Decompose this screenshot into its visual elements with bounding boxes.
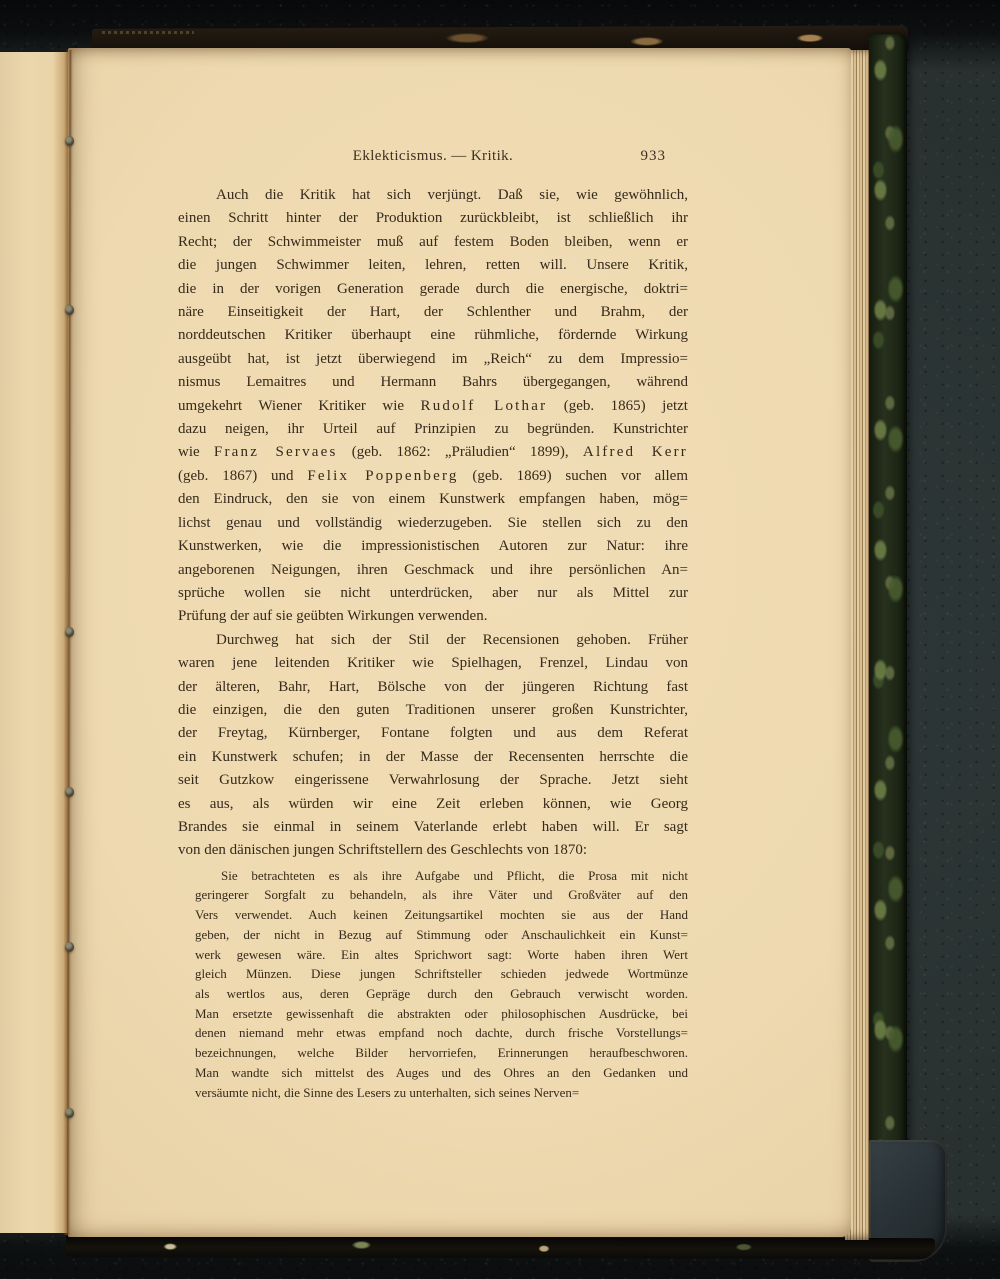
running-header: Eklekticismus. — Kritik. 933: [178, 148, 688, 170]
text-line: waren jene leitenden Kritiker wie Spielh…: [178, 652, 688, 675]
stitch-hole: [65, 942, 74, 952]
text-line: näre Einseitigkeit der Hart, der Schlent…: [178, 301, 688, 324]
text-line: Brandes sie einmal in seinem Vaterlande …: [178, 816, 688, 839]
text-line: einen Schritt hinter der Produktion zurü…: [178, 207, 688, 230]
text-line: von den dänischen jungen Schriftstellern…: [178, 839, 688, 862]
text-line: (geb. 1867) und Felix Poppenberg (geb. 1…: [178, 465, 688, 488]
header-title: Eklekticismus. — Kritik.: [178, 148, 688, 165]
text-line: den Eindruck, den sie von einem Kunstwer…: [178, 488, 688, 511]
text-line: angeborenen Neigungen, ihren Geschmack u…: [178, 559, 688, 582]
book-photo: Eklekticismus. — Kritik. 933 Auch die Kr…: [0, 0, 1000, 1279]
text-line: dazu neigen, ihr Urteil auf Prinzipien z…: [178, 418, 688, 441]
text-line: norddeutschen Kritiker überhaupt eine rü…: [178, 324, 688, 347]
text-line: Sie betrachteten es als ihre Aufgabe und…: [195, 866, 688, 886]
text-line: ausgeübt hat, ist jetzt überwiegend im „…: [178, 348, 688, 371]
paragraph: Durchweg hat sich der Stil der Recension…: [178, 629, 688, 863]
text-line: die einzigen, die den guten Traditionen …: [178, 699, 688, 722]
text-line: werk gewesen wäre. Ein altes Sprichwort …: [195, 945, 688, 965]
stitch-hole: [65, 136, 74, 146]
text-line: Recht; der Schwimmeister muß auf festem …: [178, 231, 688, 254]
text-line: bezeichnungen, welche Bilder hervorriefe…: [195, 1043, 688, 1063]
text-line: versäumte nicht, die Sinne des Lesers zu…: [195, 1083, 688, 1103]
text-line: Kunstwerken, wie die impressionistischen…: [178, 535, 688, 558]
text-line: geringerer Sorgfalt zu behandeln, als ih…: [195, 885, 688, 905]
text-line: die jungen Schwimmer leiten, lehren, ret…: [178, 254, 688, 277]
text-line: es aus, als würden wir eine Zeit erleben…: [178, 793, 688, 816]
text-line: der Freytag, Kürnberger, Fontane folgten…: [178, 722, 688, 745]
paragraph: Auch die Kritik hat sich verjüngt. Daß s…: [178, 184, 688, 629]
stitch-hole: [65, 1108, 74, 1118]
text-line: die in der vorigen Generation gerade dur…: [178, 278, 688, 301]
text-line: nismus Lemaitres und Hermann Bahrs überg…: [178, 371, 688, 394]
cover-fore-edge-marbled: [869, 34, 907, 1246]
text-line: als wertlos aus, deren Gepräge durch den…: [195, 984, 688, 1004]
book-page: Eklekticismus. — Kritik. 933 Auch die Kr…: [68, 48, 851, 1237]
text-line: Vers verwendet. Auch keinen Zeitungsarti…: [195, 905, 688, 925]
text-line: umgekehrt Wiener Kritiker wie Rudolf Lot…: [178, 395, 688, 418]
text-line: geben, der nicht in Bezug auf Stimmung o…: [195, 925, 688, 945]
text-line: der älteren, Bahr, Hart, Bölsche von der…: [178, 676, 688, 699]
text-line: sprüche wollen sie nicht unterdrücken, a…: [178, 582, 688, 605]
text-line: Prüfung der auf sie geübten Wirkungen ve…: [178, 605, 688, 628]
text-line: ein Kunstwerk schufen; in der Masse der …: [178, 746, 688, 769]
facing-page-sliver: [0, 52, 68, 1233]
text-line: seit Gutzkow eingerissene Verwahrlosung …: [178, 769, 688, 792]
page-number: 933: [641, 148, 667, 165]
block-quote: Sie betrachteten es als ihre Aufgabe und…: [178, 866, 688, 1102]
letterspaced-name: Felix Poppenberg: [307, 468, 458, 484]
stitch-hole: [65, 627, 74, 637]
text-line: Man wandte sich mittelst des Auges und d…: [195, 1063, 688, 1083]
text-body: Auch die Kritik hat sich verjüngt. Daß s…: [178, 184, 688, 1102]
text-line: lichst genau und vollständig wiederzugeb…: [178, 512, 688, 535]
spine-stitching: [102, 31, 194, 34]
letterspaced-name: Franz Servaes: [214, 444, 338, 460]
cover-bottom-edge: [66, 1236, 935, 1259]
text-line: gleich Münzen. Diese jungen Schriftstell…: [195, 964, 688, 984]
text-line: wie Franz Servaes (geb. 1862: „Präludien…: [178, 441, 688, 464]
stitch-hole: [65, 305, 74, 315]
stitch-hole: [65, 787, 74, 797]
text-line: denen niemand mehr etwas empfand noch da…: [195, 1023, 688, 1043]
text-line: Durchweg hat sich der Stil der Recension…: [178, 629, 688, 652]
text-line: Man ersetzte gewissenhaft die abstrakten…: [195, 1004, 688, 1024]
text-line: Auch die Kritik hat sich verjüngt. Daß s…: [178, 184, 688, 207]
letterspaced-name: Alfred Kerr: [583, 444, 688, 460]
letterspaced-name: Rudolf Lothar: [421, 398, 548, 414]
